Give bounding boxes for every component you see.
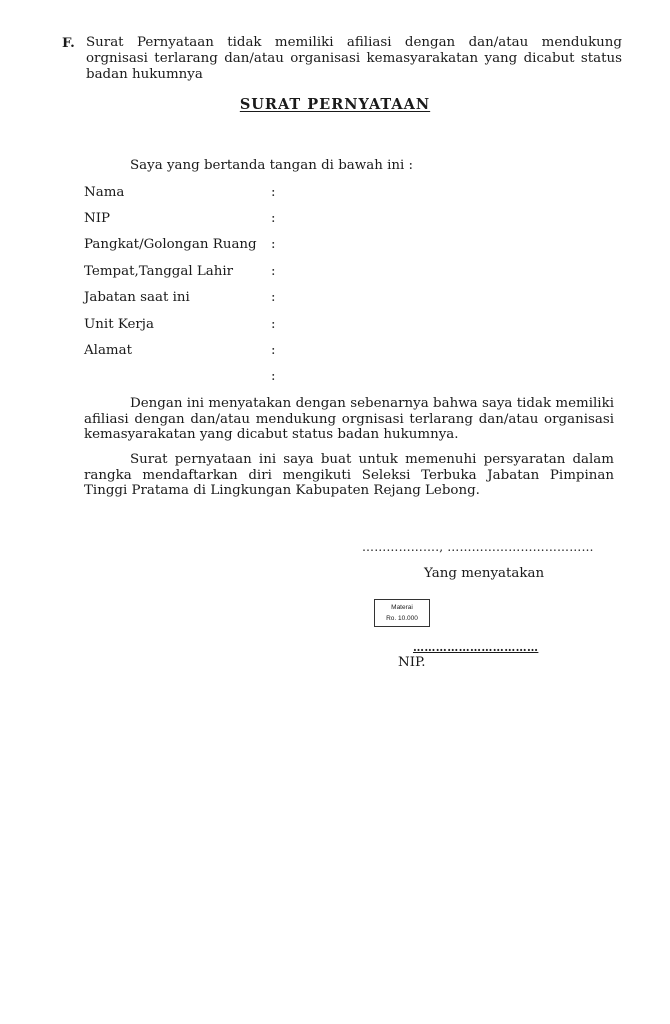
declarant-label: Yang menyatakan [424,566,544,581]
field-colon: : [271,317,276,332]
document-title: SURAT PERNYATAAN [0,96,670,113]
signature-name-line: …………………………… [413,641,538,654]
field-colon: : [271,264,276,279]
field-colon: : [271,369,276,384]
item-text: Surat Pernyataan tidak memiliki afiliasi… [86,35,622,83]
field-label: Tempat,Tanggal Lahir [84,264,233,279]
field-colon: : [271,211,276,226]
document-title-text: SURAT PERNYATAAN [240,96,430,113]
item-marker: F. [62,35,86,83]
field-label: Jabatan saat ini [84,290,190,305]
intro-text: Saya yang bertanda tangan di bawah ini : [130,158,413,173]
item-f: F. Surat Pernyataan tidak memiliki afili… [62,35,622,83]
stamp-value: Ro. 10.000 [375,613,429,624]
field-label: NIP [84,211,110,226]
stamp-box: Materai Ro. 10.000 [374,599,430,627]
field-label: Unit Kerja [84,317,154,332]
field-label: Alamat [84,343,132,358]
field-colon: : [271,290,276,305]
statement-paragraph: Dengan ini menyatakan dengan sebenarnya … [84,396,614,443]
purpose-paragraph: Surat pernyataan ini saya buat untuk mem… [84,452,614,499]
field-label: Pangkat/Golongan Ruang [84,237,257,252]
field-colon: : [271,185,276,200]
field-colon: : [271,237,276,252]
place-date-line: ………………., ……………………………… [362,540,594,554]
stamp-label: Materai [375,602,429,613]
field-label: Nama [84,185,124,200]
field-colon: : [271,343,276,358]
signature-nip-label: NIP. [398,655,426,670]
